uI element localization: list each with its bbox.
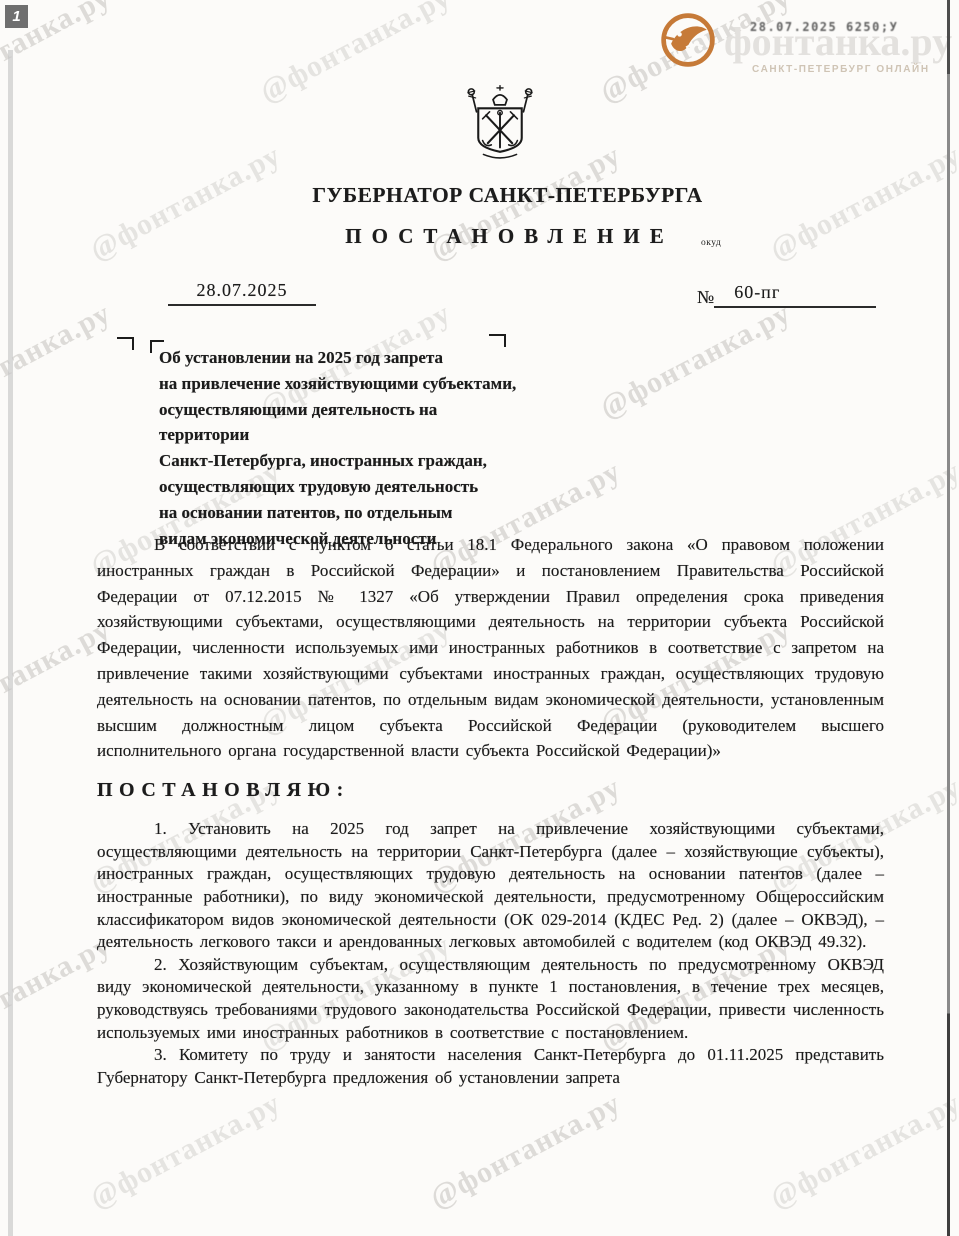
fontanka-logo-block: фонтанка.ру САНКТ-ПЕТЕРБУРГ ОНЛАЙН 28.07… (650, 6, 955, 82)
scan-edge-left (8, 50, 13, 1236)
document-date: 28.07.2025 (168, 280, 316, 306)
title-line: на привлечение хозяйствующими субъектами… (159, 371, 529, 397)
watermark-text: @фонтанка.ру (254, 0, 456, 110)
spb-coat-of-arms-icon (452, 84, 548, 164)
scan-edge-right (947, 0, 950, 1236)
fax-date-stamp: 28.07.2025 6250;У (750, 20, 898, 34)
watermark-text: @фонтанка.ру (594, 296, 796, 425)
preamble-paragraph: В соответствии с пунктом 6 статьи 18.1 Ф… (97, 532, 884, 764)
document-subject-title: Об установлении на 2025 год запрета на п… (159, 345, 529, 551)
document-number-value: 60-пг (714, 282, 876, 308)
watermark-text: @фонтанка.ру (764, 1086, 959, 1215)
scanned-document-page: @фонтанка.ру@фонтанка.ру@фонтанка.ру@фон… (0, 0, 959, 1236)
title-line: на основании патентов, по отдельным (159, 500, 529, 526)
title-line: осуществляющих трудовую деятельность (159, 474, 529, 500)
watermark-text: @фонтанка.ру (0, 296, 117, 425)
document-number: №60-пг (697, 282, 876, 308)
watermark-text: @фонтанка.ру (84, 1086, 286, 1215)
point-1-paragraph: 1. Установить на 2025 год запрет на прив… (97, 818, 884, 954)
title-line: Об установлении на 2025 год запрета (159, 345, 529, 371)
title-line: осуществляющими деятельность на территор… (159, 397, 529, 449)
resolve-heading: ПОСТАНОВЛЯЮ: (97, 779, 884, 802)
fontanka-bird-icon (658, 10, 718, 70)
point-3-paragraph: 3. Комитету по труду и занятости населен… (97, 1044, 884, 1089)
watermark-text: @фонтанка.ру (424, 1086, 626, 1215)
document-body: В соответствии с пунктом 6 статьи 18.1 Ф… (97, 532, 884, 1089)
corner-mark-left-outer (117, 337, 134, 350)
point-2-paragraph: 2. Хозяйствующим субъектам, осуществляющ… (97, 954, 884, 1044)
title-line: Санкт-Петербурга, иностранных граждан, (159, 448, 529, 474)
number-sign: № (697, 287, 714, 307)
authority-title: ГУБЕРНАТОР САНКТ-ПЕТЕРБУРГА (28, 183, 959, 208)
page-number-badge: 1 (5, 5, 28, 28)
document-type-title: ПОСТАНОВЛЕНИЕ (30, 224, 959, 249)
fontanka-tagline: САНКТ-ПЕТЕРБУРГ ОНЛАЙН (752, 64, 930, 75)
okud-label: окуд (701, 238, 721, 248)
